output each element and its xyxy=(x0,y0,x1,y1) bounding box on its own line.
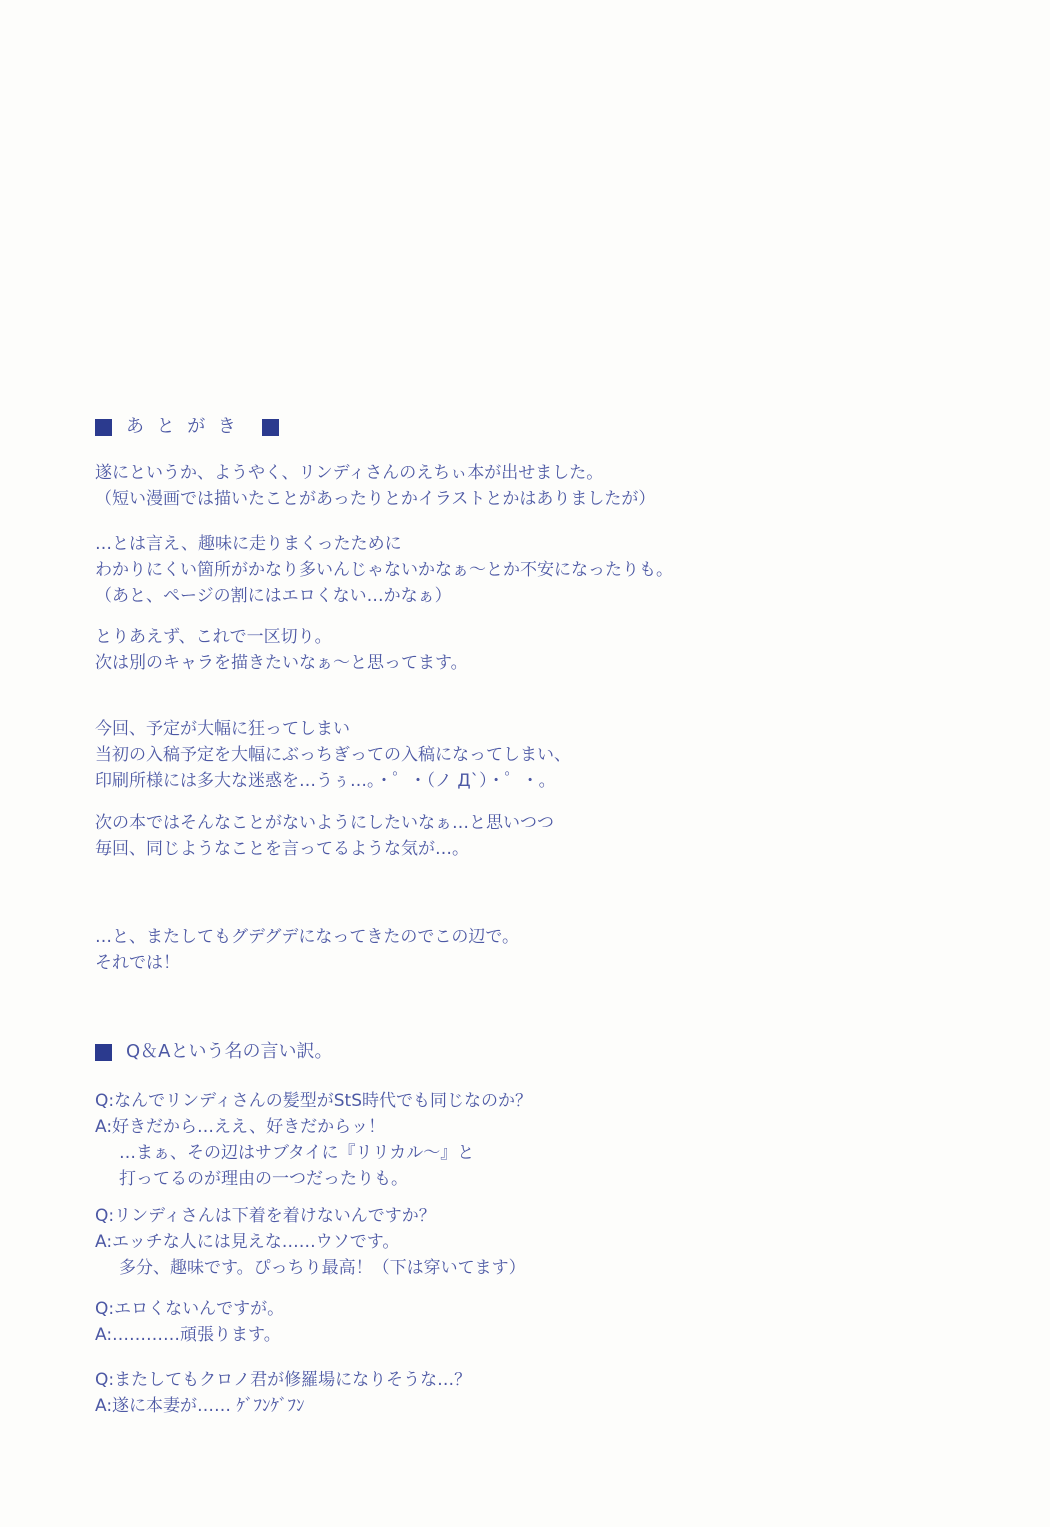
qa-question-line: Q:リンディさんは下着を着けないんですか？ xyxy=(95,1203,526,1229)
text-line: とりあえず、これで一区切り。 xyxy=(95,624,468,650)
text-line: それでは！ xyxy=(95,950,519,976)
qa-answer-line: 多分、趣味です。ぴっちり最高！（下は穿いてます） xyxy=(95,1255,526,1281)
text-line: わかりにくい箇所がかなり多いんじゃないかなぁ～とか不安になったりも。 xyxy=(95,557,673,583)
section-title: あとがき xyxy=(126,414,248,440)
afterword-paragraph: 遂にというか、ようやく、リンディさんのえちぃ本が出せました。 （短い漫画では描い… xyxy=(95,460,655,512)
qa-question-line: Q:エロくないんですが。 xyxy=(95,1296,284,1322)
section-title: Q＆Aという名の言い訳。 xyxy=(126,1039,332,1065)
text-line: 今回、予定が大幅に狂ってしまい xyxy=(95,716,571,742)
qa-answer-line: A:エッチな人には見えな……ウソです。 xyxy=(95,1229,526,1255)
text-line: 遂にというか、ようやく、リンディさんのえちぃ本が出せました。 xyxy=(95,460,655,486)
text-line: 印刷所様には多大な迷惑を…うぅ…。・゜・（ノ Д`）・゜・。 xyxy=(95,768,571,794)
qa-answer-line: A:…………頑張ります。 xyxy=(95,1322,284,1348)
afterword-paragraph: …とは言え、趣味に走りまくったために わかりにくい箇所がかなり多いんじゃないかな… xyxy=(95,531,673,609)
qa-item: Q:なんでリンディさんの髪型がStS時代でも同じなのか？ A:好きだから…ええ、… xyxy=(95,1088,532,1192)
scanned-afterword-page: あとがき 遂にというか、ようやく、リンディさんのえちぃ本が出せました。 （短い漫… xyxy=(0,0,1050,1527)
qa-answer-line: A:遂に本妻が…… ｹﾞﾌﾝｹﾞﾌﾝ xyxy=(95,1393,471,1419)
text-line: 当初の入稿予定を大幅にぶっちぎっての入稿になってしまい、 xyxy=(95,742,571,768)
qa-item: Q:エロくないんですが。 A:…………頑張ります。 xyxy=(95,1296,284,1348)
qa-answer-line: A:好きだから…ええ、好きだからッ！ xyxy=(95,1114,532,1140)
text-line: …とは言え、趣味に走りまくったために xyxy=(95,531,673,557)
afterword-paragraph: 今回、予定が大幅に狂ってしまい 当初の入稿予定を大幅にぶっちぎっての入稿になって… xyxy=(95,716,571,794)
qa-answer-line: 打ってるのが理由の一つだったりも。 xyxy=(95,1166,532,1192)
afterword-paragraph: …と、またしてもグデグデになってきたのでこの辺で。 それでは！ xyxy=(95,924,519,976)
qa-question-line: Q:なんでリンディさんの髪型がStS時代でも同じなのか？ xyxy=(95,1088,532,1114)
text-line: …と、またしてもグデグデになってきたのでこの辺で。 xyxy=(95,924,519,950)
text-line: （あと、ページの割にはエロくない…かなぁ） xyxy=(95,583,673,609)
qa-item: Q:リンディさんは下着を着けないんですか？ A:エッチな人には見えな……ウソです… xyxy=(95,1203,526,1281)
bullet-square-icon xyxy=(95,1044,112,1061)
afterword-paragraph: 次の本ではそんなことがないようにしたいなぁ…と思いつつ 毎回、同じようなことを言… xyxy=(95,810,554,862)
section-heading-afterword: あとがき xyxy=(95,414,279,440)
qa-item: Q:またしてもクロノ君が修羅場になりそうな…？ A:遂に本妻が…… ｹﾞﾌﾝｹﾞ… xyxy=(95,1367,471,1419)
bullet-square-icon xyxy=(262,419,279,436)
bullet-square-icon xyxy=(95,419,112,436)
text-line: （短い漫画では描いたことがあったりとかイラストとかはありましたが） xyxy=(95,486,655,512)
text-line: 毎回、同じようなことを言ってるような気が…。 xyxy=(95,836,554,862)
text-line: 次の本ではそんなことがないようにしたいなぁ…と思いつつ xyxy=(95,810,554,836)
qa-question-line: Q:またしてもクロノ君が修羅場になりそうな…？ xyxy=(95,1367,471,1393)
text-line: 次は別のキャラを描きたいなぁ～と思ってます。 xyxy=(95,650,468,676)
afterword-paragraph: とりあえず、これで一区切り。 次は別のキャラを描きたいなぁ～と思ってます。 xyxy=(95,624,468,676)
qa-answer-line: …まぁ、その辺はサブタイに『リリカル～』と xyxy=(95,1140,532,1166)
section-heading-qa: Q＆Aという名の言い訳。 xyxy=(95,1039,346,1065)
